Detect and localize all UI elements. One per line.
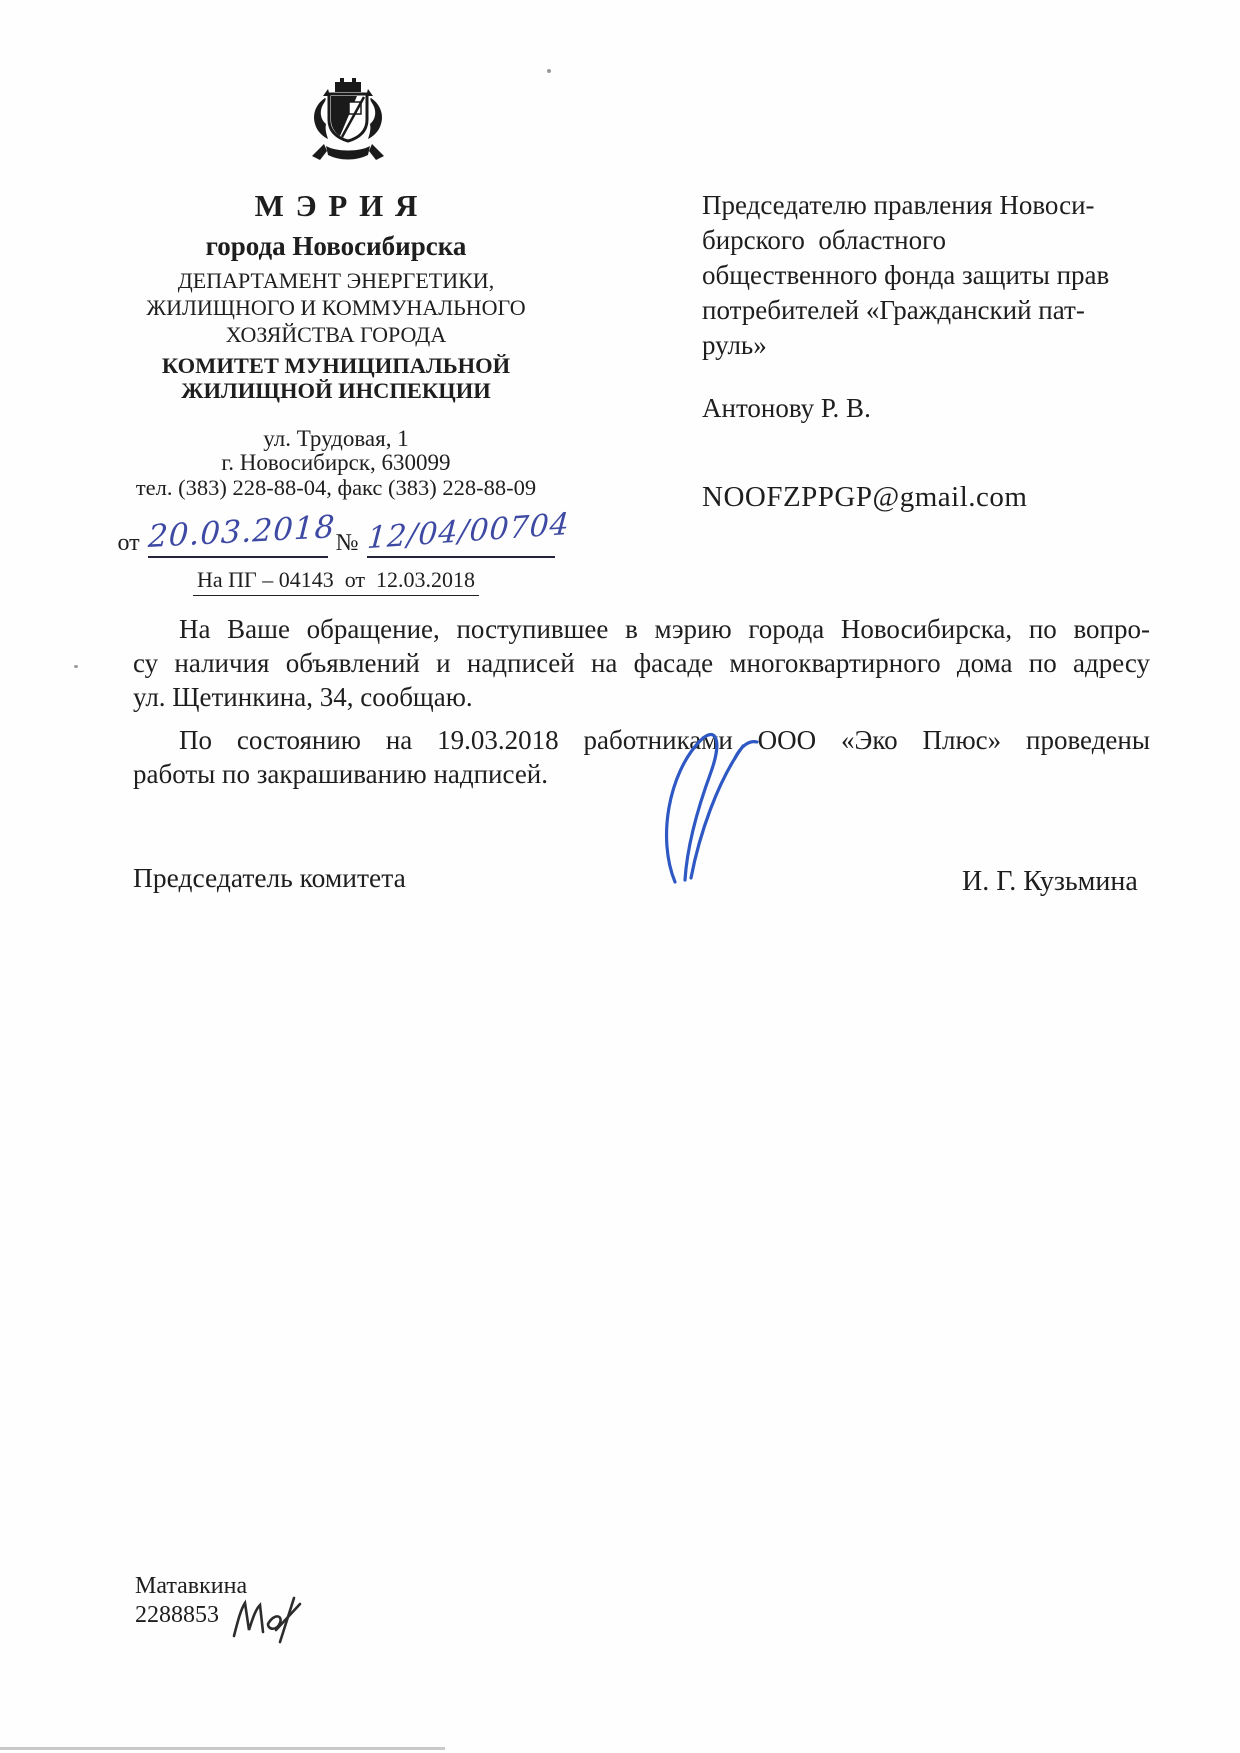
novosibirsk-coat-of-arms-icon xyxy=(300,76,396,170)
recipient-email: NOOFZPPGP@gmail.com xyxy=(702,481,1162,514)
date-label: от xyxy=(117,528,139,558)
department-line: ДЕПАРТАМЕНТ ЭНЕРГЕТИКИ, xyxy=(112,267,560,294)
department-name: ДЕПАРТАМЕНТ ЭНЕРГЕТИКИ, ЖИЛИЩНОГО И КОММ… xyxy=(112,267,560,348)
recipient-name: Антонову Р. В. xyxy=(702,393,1162,424)
incoming-reference-row: На ПГ – 04143 от 12.03.2018 xyxy=(112,567,560,596)
executor-footer: Матавкина 2288853 xyxy=(135,1572,247,1630)
signoff-position-title: Председатель комитета xyxy=(133,862,406,894)
incoming-reference: На ПГ – 04143 от 12.03.2018 xyxy=(193,567,479,596)
scan-speck xyxy=(74,665,78,668)
scanned-letter-page: МЭРИЯ города Новосибирска ДЕПАРТАМЕНТ ЭН… xyxy=(0,0,1240,1753)
paragraph-2: По состоянию на 19.03.2018 работниками О… xyxy=(133,723,1150,791)
handwritten-date: 20.03.2018 xyxy=(147,509,336,555)
committee-line: ЖИЛИЩНОЙ ИНСПЕКЦИИ xyxy=(112,378,560,403)
recipient-line: руль» xyxy=(702,328,1162,363)
body-line: работы по закрашиванию надписей. xyxy=(133,757,1150,791)
pen-signature-icon xyxy=(645,730,763,890)
body-line: ул. Щетинкина, 34, сообщаю. xyxy=(133,680,1150,714)
street-address: ул. Трудовая, 1 xyxy=(112,427,560,451)
recipient-line: Председателю правления Новоси- xyxy=(702,188,1162,223)
contact-block: ул. Трудовая, 1 г. Новосибирск, 630099 т… xyxy=(112,427,560,500)
phone-fax-line: тел. (383) 228-88-04, факс (383) 228-88-… xyxy=(112,475,560,500)
executor-initials-scribble-icon xyxy=(230,1594,308,1652)
paragraph-1: На Ваше обращение, поступившее в мэрию г… xyxy=(133,612,1150,714)
number-fill-line: 12/04/00704 xyxy=(367,514,555,558)
org-subtitle: города Новосибирска xyxy=(112,231,560,262)
recipient-line: бирского областного xyxy=(702,223,1162,258)
org-title: МЭРИЯ xyxy=(112,188,560,224)
number-label: № xyxy=(336,528,359,558)
outgoing-date-number-row: от 20.03.2018 № 12/04/00704 xyxy=(112,512,560,558)
committee-name: КОМИТЕТ МУНИЦИПАЛЬНОЙ ЖИЛИЩНОЙ ИНСПЕКЦИИ xyxy=(112,353,560,403)
body-line: су наличия объявлений и надписей на фаса… xyxy=(133,646,1150,680)
letterhead: МЭРИЯ города Новосибирска ДЕПАРТАМЕНТ ЭН… xyxy=(112,188,560,596)
department-line: ХОЗЯЙСТВА ГОРОДА xyxy=(112,321,560,348)
letter-body: На Ваше обращение, поступившее в мэрию г… xyxy=(133,612,1150,791)
committee-line: КОМИТЕТ МУНИЦИПАЛЬНОЙ xyxy=(112,353,560,378)
body-line: По состоянию на 19.03.2018 работниками О… xyxy=(133,723,1150,757)
recipient-block: Председателю правления Новоси- бирского … xyxy=(702,188,1162,514)
handwritten-number: 12/04/00704 xyxy=(366,507,571,556)
recipient-line: потребителей «Гражданский пат- xyxy=(702,293,1162,328)
scan-edge-artifact xyxy=(0,1747,445,1750)
date-fill-line: 20.03.2018 xyxy=(148,514,328,558)
body-line: На Ваше обращение, поступившее в мэрию г… xyxy=(133,612,1150,646)
department-line: ЖИЛИЩНОГО И КОММУНАЛЬНОГО xyxy=(112,294,560,321)
recipient-line: общественного фонда защиты прав xyxy=(702,258,1162,293)
city-postcode: г. Новосибирск, 630099 xyxy=(112,451,560,475)
scan-speck xyxy=(547,69,551,73)
signoff-name: И. Г. Кузьмина xyxy=(962,866,1138,898)
